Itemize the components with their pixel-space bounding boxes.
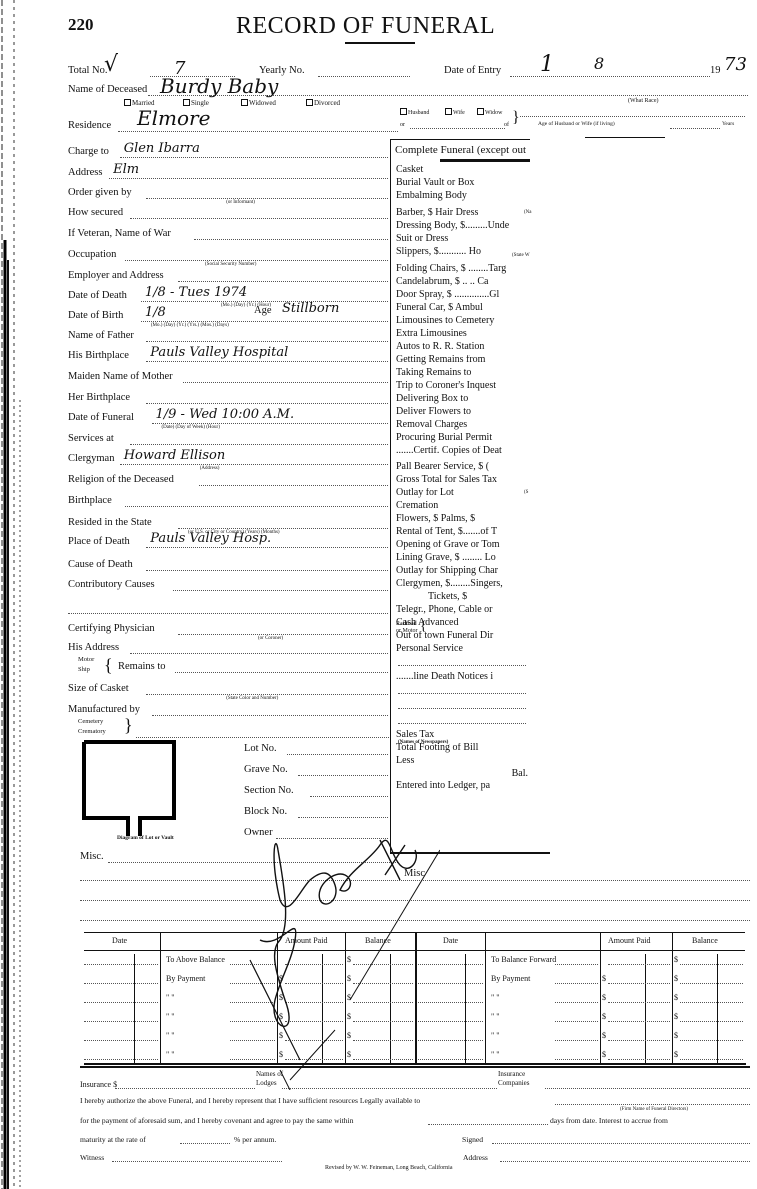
funeral-item-tickets: Tickets, $ bbox=[428, 592, 560, 602]
ledger_left-header-balance: Balance bbox=[365, 937, 391, 945]
ledger-desc: " " bbox=[166, 1051, 175, 1059]
ledger-desc: To Above Balance bbox=[166, 956, 225, 964]
insurance-label: Insurance $ bbox=[80, 1081, 117, 1089]
place-of-death-value[interactable]: Pauls Valley Hosp. bbox=[150, 532, 271, 545]
funeral-item-limousines-to-cemetery: Limousines to Cemetery bbox=[396, 316, 528, 326]
single-checkbox[interactable] bbox=[183, 99, 190, 106]
funeral-item-folding-chairs-targ: Folding Chairs, $ ........Targ bbox=[396, 264, 528, 274]
lot-no-field[interactable] bbox=[287, 754, 388, 755]
address-value[interactable]: Elm bbox=[113, 163, 139, 176]
ledger-amount[interactable]: $ bbox=[279, 994, 283, 1002]
section-no-field[interactable] bbox=[310, 796, 388, 797]
residence-value[interactable]: Elmore bbox=[137, 108, 210, 128]
contributory-causes-label: Contributory Causes bbox=[68, 580, 155, 591]
date-of-entry-day: 8 bbox=[594, 56, 604, 72]
residence-label: Residence bbox=[68, 121, 111, 132]
ledger-desc: " " bbox=[491, 1051, 500, 1059]
cemetery-field[interactable] bbox=[136, 737, 391, 738]
misc-right-label: Misc bbox=[404, 869, 425, 880]
ledger-amount[interactable]: $ bbox=[602, 975, 606, 983]
her-birthplace-field[interactable] bbox=[146, 403, 388, 404]
ledger-desc: " " bbox=[491, 994, 500, 1002]
age-label: Age bbox=[254, 306, 272, 317]
maturity-line: maturity at the rate of bbox=[80, 1136, 146, 1144]
marital-divorced[interactable]: Divorced bbox=[306, 99, 340, 107]
funeral-blank-line[interactable] bbox=[398, 665, 526, 666]
scan-binding-edge bbox=[0, 0, 40, 1189]
crematory-label: Crematory bbox=[78, 729, 106, 736]
size-of-casket-label: Size of Casket bbox=[68, 684, 129, 695]
funeral-item-personal-service: Personal Service bbox=[396, 644, 528, 654]
occupation-field[interactable] bbox=[125, 260, 388, 261]
date-of-entry-month: 1 bbox=[540, 54, 554, 76]
year-value[interactable]: 73 bbox=[724, 56, 747, 74]
funeral-item-extra-limousines: Extra Limousines bbox=[396, 329, 528, 339]
grave-no-field[interactable] bbox=[298, 775, 388, 776]
his-birthplace-field[interactable] bbox=[146, 361, 388, 362]
funeral-item-dressing-body-unde: Dressing Body, $.........Unde bbox=[396, 221, 528, 231]
ledger-balance[interactable]: $ bbox=[347, 1051, 351, 1059]
widowed-checkbox[interactable] bbox=[241, 99, 248, 106]
of-label: of bbox=[504, 122, 509, 128]
ledger-balance[interactable]: $ bbox=[347, 975, 351, 983]
his-birthplace-value[interactable]: Pauls Valley Hospital bbox=[150, 346, 288, 359]
owner-label: Owner bbox=[244, 828, 273, 839]
spouse-wife[interactable]: Wife bbox=[445, 108, 465, 116]
order-given-by-label: Order given by bbox=[68, 188, 132, 199]
funeral-blank-line[interactable] bbox=[398, 693, 526, 694]
funeral-item-slippers-ho: Slippers, $........... Ho bbox=[396, 247, 528, 257]
funeral-box-border bbox=[390, 140, 391, 852]
ledger-balance[interactable]: $ bbox=[347, 956, 351, 964]
authorize-line: I hereby authorize the above Funeral, an… bbox=[80, 1097, 420, 1105]
divorced-checkbox[interactable] bbox=[306, 99, 313, 106]
interest-rate-field[interactable] bbox=[180, 1143, 230, 1144]
his-address-label: His Address bbox=[68, 643, 119, 654]
lot-diagram-caption: Diagram of Lot or Vault bbox=[117, 836, 174, 842]
owner-field[interactable] bbox=[276, 838, 388, 839]
ledger-amount[interactable]: $ bbox=[602, 1032, 606, 1040]
married-checkbox[interactable] bbox=[124, 99, 131, 106]
ledger-desc: To Balance Forward bbox=[491, 956, 556, 964]
husband-checkbox[interactable] bbox=[400, 108, 407, 115]
place-of-death-field[interactable] bbox=[146, 547, 388, 548]
age-spouse-field[interactable] bbox=[670, 128, 720, 129]
address-label: Address bbox=[463, 1154, 488, 1162]
funeral-item-telegr-phone-cable-or: Telegr., Phone, Cable or bbox=[396, 605, 528, 615]
if-veteran-name-of-war-field[interactable] bbox=[194, 239, 388, 240]
lot-diagram bbox=[80, 740, 180, 840]
ledger-balance[interactable]: $ bbox=[674, 1051, 678, 1059]
occupation-label: Occupation bbox=[68, 250, 116, 261]
date-of-entry-label: Date of Entry bbox=[444, 66, 501, 77]
ledger-date-field[interactable] bbox=[84, 1002, 158, 1003]
manufactured-by-label: Manufactured by bbox=[68, 705, 140, 716]
revised-by: Revised by W. W. Feineman, Long Beach, C… bbox=[325, 1165, 452, 1171]
cause-of-death-label: Cause of Death bbox=[68, 560, 133, 571]
remains-to-field[interactable] bbox=[175, 672, 388, 673]
years-label: Years bbox=[722, 122, 734, 128]
date-of-funeral-label: Date of Funeral bbox=[68, 413, 134, 424]
ledger-date-field[interactable] bbox=[415, 964, 483, 965]
age-value[interactable]: Stillborn bbox=[282, 302, 339, 315]
employer-and-address-label: Employer and Address bbox=[68, 271, 164, 282]
funeral-item-flowers-palms: Flowers, $ Palms, $ bbox=[396, 514, 528, 524]
date-of-birth-field[interactable] bbox=[141, 321, 388, 322]
signed-label: Signed bbox=[462, 1136, 483, 1144]
funeral-item-trip-to-coroner-s-inquest: Trip to Coroner's Inquest bbox=[396, 381, 528, 391]
ledger-amount[interactable]: $ bbox=[279, 975, 283, 983]
ledger-balance[interactable]: $ bbox=[347, 1032, 351, 1040]
funeral-item-certif-copies-of-deat: .......Certif. Copies of Deat bbox=[396, 446, 528, 456]
address-label: Address bbox=[68, 168, 102, 179]
place-of-death-label: Place of Death bbox=[68, 537, 130, 548]
marital-widowed[interactable]: Widowed bbox=[241, 99, 276, 107]
services-at-label: Services at bbox=[68, 434, 114, 445]
ledger-amount[interactable]: $ bbox=[279, 1051, 283, 1059]
certifying-physician-field[interactable] bbox=[178, 634, 388, 635]
motor-label: Motor bbox=[78, 657, 94, 664]
ledger-amount[interactable]: $ bbox=[279, 1013, 283, 1021]
ledger-desc: By Payment bbox=[166, 975, 205, 983]
what-race-note: (What Race) bbox=[628, 98, 658, 104]
how-secured-label: How secured bbox=[68, 208, 123, 219]
funeral-item-outlay-for-lot: Outlay for Lot bbox=[396, 488, 528, 498]
ledger-amount[interactable]: $ bbox=[279, 1032, 283, 1040]
address-field[interactable] bbox=[500, 1161, 750, 1162]
signed-field[interactable] bbox=[492, 1143, 750, 1144]
lot-no-label: Lot No. bbox=[244, 744, 277, 755]
funeral-item-rental-of-tent-of-t: Rental of Tent, $.......of T bbox=[396, 527, 528, 537]
ledger-date-field[interactable] bbox=[415, 1040, 483, 1041]
yearly-no-field[interactable] bbox=[318, 76, 410, 77]
funeral-item-procuring-burial-permit: Procuring Burial Permit bbox=[396, 433, 528, 443]
payment-line: for the payment of aforesaid sum, and I … bbox=[80, 1117, 354, 1125]
ledger-balance[interactable]: $ bbox=[347, 1013, 351, 1021]
firm-name-note: (Firm Name of Funeral Directors) bbox=[620, 1107, 688, 1112]
funeral-blank-line[interactable] bbox=[398, 723, 526, 724]
ledger-desc: " " bbox=[491, 1032, 500, 1040]
religion-of-the-deceased-field[interactable] bbox=[199, 485, 388, 486]
percent-line: % per annum. bbox=[234, 1136, 276, 1144]
date-of-death-field[interactable] bbox=[141, 301, 388, 302]
block-no-label: Block No. bbox=[244, 807, 287, 818]
certifying-physician-label: Certifying Physician bbox=[68, 624, 155, 635]
funeral-box-heading: Complete Funeral (except out bbox=[395, 145, 526, 156]
funeral-item-sales-tax: Sales Tax bbox=[396, 730, 528, 740]
funeral-item-barber-hair-dress: Barber, $ Hair Dress bbox=[396, 208, 528, 218]
address-field[interactable] bbox=[109, 178, 388, 179]
birthplace-label: Birthplace bbox=[68, 496, 112, 507]
ledger-date-field[interactable] bbox=[84, 1021, 158, 1022]
name-of-father-label: Name of Father bbox=[68, 331, 134, 342]
ledger-desc: " " bbox=[166, 1032, 175, 1040]
funeral-item-door-spray-gl: Door Spray, $ ..............Gl bbox=[396, 290, 528, 300]
how-secured-field[interactable] bbox=[130, 218, 388, 219]
railroad-label: Railroad bbox=[396, 621, 417, 627]
blank-field[interactable] bbox=[68, 613, 388, 614]
ledger-desc: " " bbox=[166, 994, 175, 1002]
ledger-date-field[interactable] bbox=[84, 1040, 158, 1041]
resided-in-the-state-label: Resided in the State bbox=[68, 518, 152, 529]
or-motor-label: or Motor bbox=[396, 628, 418, 634]
birthplace-field[interactable] bbox=[125, 506, 388, 507]
name-of-deceased-label: Name of Deceased bbox=[68, 85, 147, 96]
remains-to-label: Remains to bbox=[118, 662, 166, 673]
date-of-death-label: Date of Death bbox=[68, 291, 127, 302]
ledger-desc: By Payment bbox=[491, 975, 530, 983]
funeral-item-less: Less bbox=[396, 756, 528, 766]
if-veteran-name-of-war-label: If Veteran, Name of War bbox=[68, 229, 171, 240]
insurance-companies-field[interactable] bbox=[545, 1088, 750, 1089]
ledger-amount[interactable]: $ bbox=[602, 1013, 606, 1021]
wife-checkbox[interactable] bbox=[445, 108, 452, 115]
ledger_right-header-date: Date bbox=[443, 937, 458, 945]
insurance-field[interactable] bbox=[115, 1088, 255, 1089]
date-of-birth-label: Date of Birth bbox=[68, 311, 123, 322]
title-underline bbox=[345, 42, 415, 44]
total-no-value[interactable]: √ bbox=[104, 54, 118, 76]
funeral-item-candelabrum-ca: Candelabrum, $ .. .. Ca bbox=[396, 277, 528, 287]
ledger-amount[interactable]: $ bbox=[602, 994, 606, 1002]
funeral-item-cremation: Cremation bbox=[396, 501, 528, 511]
or-label: or bbox=[400, 122, 405, 128]
size-of-casket-note: (State Color and Number) bbox=[226, 696, 278, 701]
funeral-item-opening-of-grave-or-tom: Opening of Grave or Tom bbox=[396, 540, 528, 550]
spouse-widow[interactable]: Widow bbox=[477, 108, 502, 116]
funeral-item-line-death-notices-i: .......line Death Notices i bbox=[396, 672, 528, 682]
ledger-date-field[interactable] bbox=[415, 1002, 483, 1003]
ledger_left-header-date: Date bbox=[112, 937, 127, 945]
religion-of-the-deceased-label: Religion of the Deceased bbox=[68, 475, 174, 486]
total-no-label: Total No. bbox=[68, 66, 108, 77]
manufactured-by-field[interactable] bbox=[152, 715, 389, 716]
maiden-name-of-mother-field[interactable] bbox=[183, 382, 388, 383]
occupation-note: (Social Security Number) bbox=[205, 262, 256, 267]
funeral-item-removal-charges: Removal Charges bbox=[396, 420, 528, 430]
lodges-field[interactable] bbox=[282, 1088, 497, 1089]
ledger-balance[interactable]: $ bbox=[674, 975, 678, 983]
date-of-birth-note: (Mo.) (Day) (Yr.) (Yrs.) (Mos.) (Days) bbox=[151, 323, 229, 328]
his-address-field[interactable] bbox=[130, 653, 388, 654]
grave-no-label: Grave No. bbox=[244, 765, 288, 776]
ledger-balance[interactable]: $ bbox=[674, 956, 678, 964]
ledger-desc: " " bbox=[166, 1013, 175, 1021]
name-of-father-field[interactable] bbox=[146, 341, 388, 342]
days-line: days from date. Interest to accrue from bbox=[550, 1117, 668, 1125]
contributory-causes-field[interactable] bbox=[173, 590, 388, 591]
widow-checkbox[interactable] bbox=[477, 108, 484, 115]
size-of-casket-field[interactable] bbox=[146, 694, 388, 695]
date-of-death-value[interactable]: 1/8 - Tues 1974 bbox=[145, 286, 247, 299]
funeral-item-entered-into-ledger-pa: Entered into Ledger, pa bbox=[396, 781, 528, 791]
date-of-funeral-value[interactable]: 1/9 - Wed 10:00 A.M. bbox=[156, 408, 295, 421]
funeral-item-delivering-box-to: Delivering Box to bbox=[396, 394, 528, 404]
spouse-husband[interactable]: Husband bbox=[400, 108, 429, 116]
ledger-date-field[interactable] bbox=[84, 1059, 158, 1060]
cause-of-death-field[interactable] bbox=[146, 570, 388, 571]
cemetery-label: Cemetery bbox=[78, 719, 103, 726]
funeral-item-outlay-for-shipping-char: Outlay for Shipping Char bbox=[396, 566, 528, 576]
ledger-desc: " " bbox=[491, 1013, 500, 1021]
ledger-date-field[interactable] bbox=[415, 983, 483, 984]
block-no-field[interactable] bbox=[298, 817, 388, 818]
ledger_right-header-amount-paid: Amount Paid bbox=[608, 937, 650, 945]
employer-and-address-field[interactable] bbox=[178, 281, 388, 282]
ledger-balance[interactable]: $ bbox=[674, 1013, 678, 1021]
firm-name-field[interactable] bbox=[555, 1104, 750, 1105]
funeral-item-suit-or-dress: Suit or Dress bbox=[396, 234, 528, 244]
services-at-field[interactable] bbox=[130, 444, 388, 445]
year-prefix: 19 bbox=[710, 66, 721, 77]
order-given-by-note: (or Informant) bbox=[226, 200, 255, 205]
ledger_right-header-balance: Balance bbox=[692, 937, 718, 945]
ledger-balance[interactable]: $ bbox=[674, 994, 678, 1002]
funeral-item-deliver-flowers-to: Deliver Flowers to bbox=[396, 407, 528, 417]
funeral-item-gross-total-for-sales-tax: Gross Total for Sales Tax bbox=[396, 475, 528, 485]
name-of-deceased-value[interactable]: Burdy Baby bbox=[160, 76, 278, 96]
funeral-item-autos-to-r-r-station: Autos to R. R. Station bbox=[396, 342, 528, 352]
ledger-date-field[interactable] bbox=[84, 983, 158, 984]
section-no-label: Section No. bbox=[244, 786, 294, 797]
maiden-name-of-mother-label: Maiden Name of Mother bbox=[68, 372, 173, 383]
newspapers-note: (Names of Newspapers) bbox=[398, 740, 448, 745]
days-field[interactable] bbox=[428, 1124, 548, 1125]
misc-label: Misc. bbox=[80, 852, 104, 863]
witness-label: Witness bbox=[80, 1154, 104, 1162]
date-of-funeral-field[interactable] bbox=[152, 423, 389, 424]
funeral-item-burial-vault-or-box: Burial Vault or Box bbox=[396, 178, 528, 188]
resided-in-the-state-field[interactable] bbox=[178, 528, 388, 529]
funeral-item-taking-remains-to: Taking Remains to bbox=[396, 368, 528, 378]
ledger_left-header-amount-paid: Amount Paid bbox=[285, 937, 327, 945]
funeral-item-lining-grave-lo: Lining Grave, $ ........ Lo bbox=[396, 553, 528, 563]
date-of-funeral-note: (Date) (Day of Week) (Hour) bbox=[162, 425, 220, 430]
page-title: RECORD OF FUNERAL bbox=[236, 14, 495, 38]
her-birthplace-label: Her Birthplace bbox=[68, 393, 130, 404]
date-of-birth-value[interactable]: 1/8 bbox=[145, 306, 166, 319]
page-number: 220 bbox=[68, 16, 94, 33]
charge-to-field[interactable] bbox=[120, 157, 388, 158]
misc-field[interactable] bbox=[108, 862, 398, 863]
funeral-item-pall-bearer-service: Pall Bearer Service, $ ( bbox=[396, 462, 528, 472]
certifying-physician-note: (or Coroner) bbox=[258, 636, 283, 641]
funeral-item-funeral-car-ambul: Funeral Car, $ Ambul bbox=[396, 303, 528, 313]
clergyman-label: Clergyman bbox=[68, 454, 114, 465]
witness-field[interactable] bbox=[112, 1161, 282, 1162]
ledger-date-field[interactable] bbox=[415, 1059, 483, 1060]
funeral-item-getting-remains-from: Getting Remains from bbox=[396, 355, 528, 365]
ledger-date-field[interactable] bbox=[415, 1021, 483, 1022]
clergyman-field[interactable] bbox=[120, 464, 388, 465]
funeral-item-bal: Bal. bbox=[396, 769, 528, 779]
ship-label: Ship bbox=[78, 667, 90, 674]
his-birthplace-label: His Birthplace bbox=[68, 351, 129, 362]
order-given-by-field[interactable] bbox=[146, 198, 388, 199]
clergyman-value[interactable]: Howard Ellison bbox=[124, 449, 226, 462]
charge-to-label: Charge to bbox=[68, 147, 109, 158]
ledger-balance[interactable]: $ bbox=[347, 994, 351, 1002]
ledger-balance[interactable]: $ bbox=[674, 1032, 678, 1040]
ledger-amount[interactable]: $ bbox=[602, 1051, 606, 1059]
funeral-item-clergymen-singers: Clergymen, $........Singers, bbox=[396, 579, 528, 589]
ledger-date-field[interactable] bbox=[84, 964, 158, 965]
funeral-item-embalming-body: Embalming Body bbox=[396, 191, 528, 201]
clergyman-note: (Address) bbox=[200, 466, 220, 471]
age-spouse-label: Age of Husband or Wife (if living) bbox=[538, 122, 615, 128]
funeral-item-casket: Casket bbox=[396, 165, 528, 175]
charge-to-value[interactable]: Glen Ibarra bbox=[124, 142, 200, 155]
funeral-blank-line[interactable] bbox=[398, 708, 526, 709]
